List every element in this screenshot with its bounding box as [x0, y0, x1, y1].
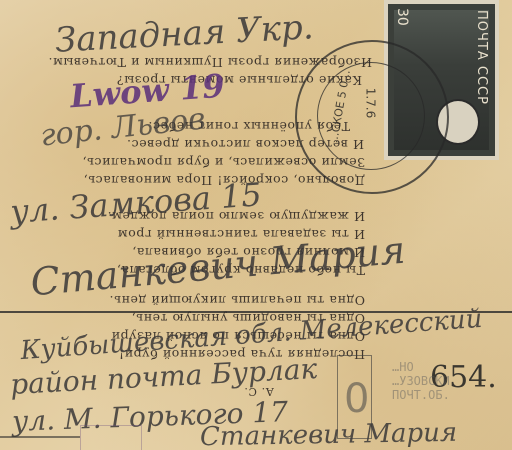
handwritten-sender-name: Станкевич Мария [200, 418, 458, 450]
faint-stamp-line: …УЗОВСКИ [392, 374, 450, 388]
faint-registration-stamp: …НО …УЗОВСКИ ПОЧТ.ОБ. [392, 360, 450, 402]
postal-cover: Изображения грозы Пушкиным и Тютчевым. К… [0, 0, 512, 450]
stamp-denomination: 30 [394, 8, 410, 26]
box-stamp-digit: 0 [344, 376, 369, 422]
bottom-rule [0, 436, 80, 438]
box-stamp: 0 [337, 355, 372, 439]
stamp-country-label: ПОЧТА СССР [474, 10, 489, 105]
faint-stamp-line: …НО [392, 360, 450, 374]
poem-line: Одна ты печалишь ликующий день. [109, 293, 365, 308]
faint-violet-box [80, 425, 142, 450]
postmark-date: 1.7.6 [363, 88, 377, 119]
faint-stamp-line: ПОЧТ.ОБ. [392, 388, 450, 402]
circular-postmark: …СКОЕ 5 0… 1.7.6 [295, 40, 449, 194]
